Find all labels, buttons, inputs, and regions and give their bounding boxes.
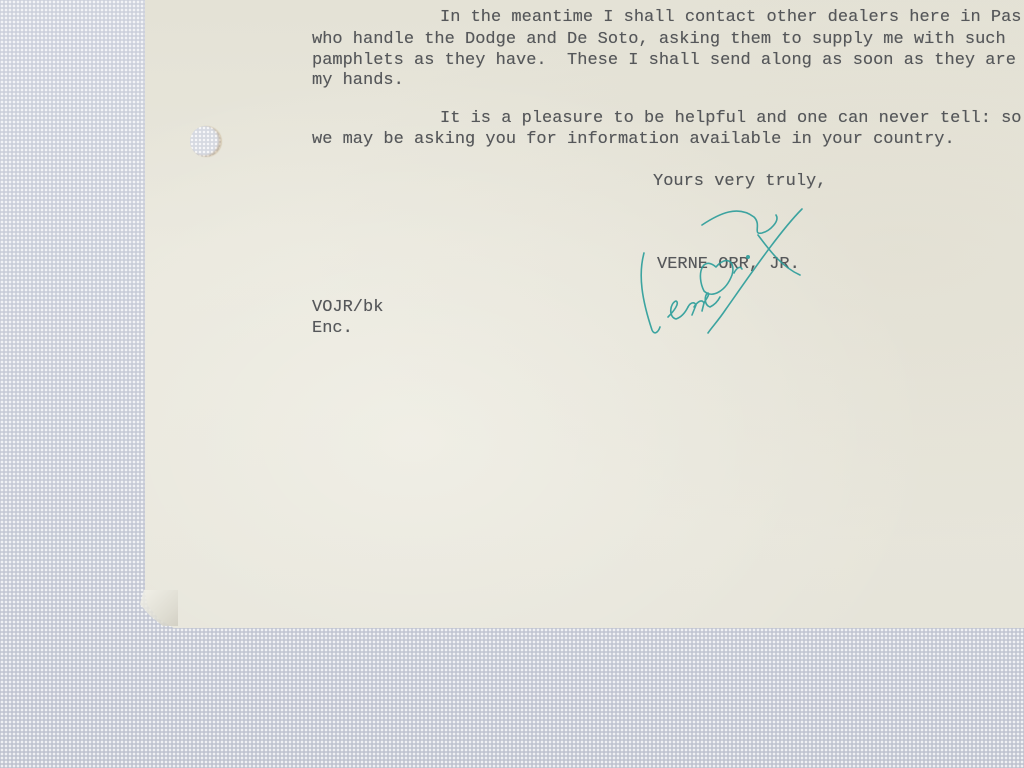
closing: Yours very truly, (653, 172, 826, 193)
paragraph-1-line-2: who handle the Dodge and De Soto, asking… (312, 30, 1006, 51)
paragraph-1-line-1: In the meantime I shall contact other de… (440, 8, 1022, 29)
paragraph-1-line-4: my hands. (312, 71, 404, 92)
reference-initials: VOJR/bk (312, 298, 383, 319)
letter-paper (145, 0, 1024, 628)
hole-punch (190, 126, 221, 157)
paper-curled-corner (140, 590, 178, 626)
handwritten-signature (630, 195, 810, 345)
enclosure-note: Enc. (312, 319, 353, 340)
paragraph-2-line-1: It is a pleasure to be helpful and one c… (440, 109, 1022, 130)
paragraph-2-line-2: we may be asking you for information ava… (312, 130, 955, 151)
paragraph-1-line-3: pamphlets as they have. These I shall se… (312, 51, 1016, 72)
